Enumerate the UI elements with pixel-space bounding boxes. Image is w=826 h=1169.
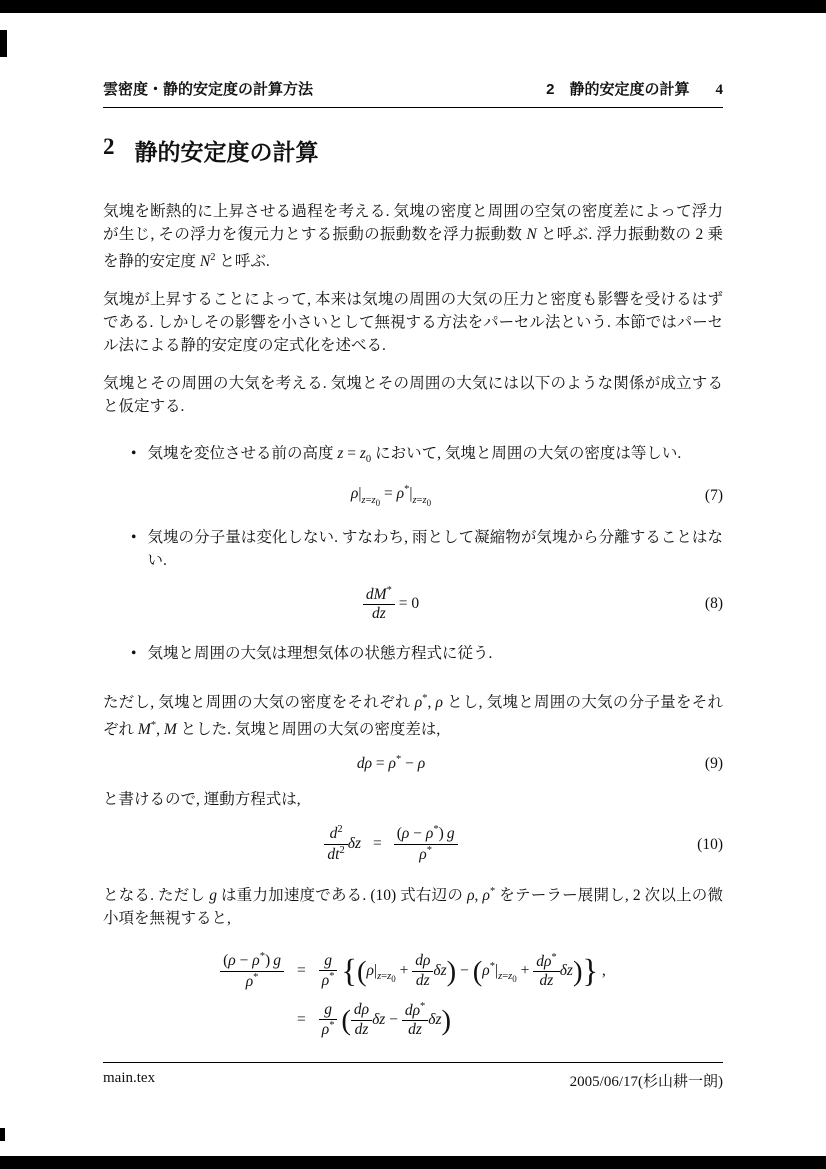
equation-9-number: (9) [679, 755, 723, 773]
equation-align-block: (ρ − ρ*) gρ* = gρ* {(ρ|z=z0 + dρdzδz) − … [103, 942, 723, 1049]
paragraph-eom-lead: と書けるので, 運動方程式は, [103, 788, 723, 811]
list-item-text: 気塊を変位させる前の高度 z = z0 において, 気塊と周囲の大気の密度は等し… [147, 442, 723, 471]
bullet-icon: • [131, 442, 136, 471]
align-rhs: gρ* (dρdzδz − dρ*dzδz) [319, 1001, 606, 1040]
assumption-list: • 気塊の分子量は変化しない. すなわち, 雨として凝縮物が気塊から分離すること… [131, 526, 723, 572]
align-lhs: (ρ − ρ*) gρ* [220, 951, 284, 992]
list-item: • 気塊を変位させる前の高度 z = z0 において, 気塊と周囲の大気の密度は… [131, 442, 723, 471]
equation-7-body: ρ|z=z0 = ρ*|z=z0 [103, 484, 679, 507]
equals-sign: = [284, 951, 319, 992]
running-header: 雲密度・静的安定度の計算方法 2 静的安定度の計算 4 [103, 78, 723, 99]
scan-edge-top [0, 0, 826, 13]
bullet-icon: • [131, 642, 136, 665]
section-number: 2 [103, 134, 115, 167]
align-lhs [220, 1001, 284, 1040]
paragraph-intro: 気塊を断熱的に上昇させる過程を考える. 気塊の密度と周囲の空気の密度差によって浮… [103, 200, 723, 273]
equation-10: d2dt2δz=(ρ − ρ*) gρ* (10) [103, 824, 723, 865]
header-right: 2 静的安定度の計算 4 [546, 78, 723, 99]
page-footer: main.tex 2005/06/17(杉山耕一朗) [103, 1062, 723, 1091]
paragraph-taylor: となる. ただし g は重力加速度である. (10) 式右辺の ρ, ρ* をテ… [103, 880, 723, 930]
assumption-list: • 気塊と周囲の大気は理想気体の状態方程式に従う. [131, 642, 723, 665]
header-rule [103, 107, 723, 108]
assumption-list: • 気塊を変位させる前の高度 z = z0 において, 気塊と周囲の大気の密度は… [131, 442, 723, 471]
equation-9: dρ = ρ* − ρ (9) [103, 754, 723, 773]
list-item: • 気塊の分子量は変化しない. すなわち, 雨として凝縮物が気塊から分離すること… [131, 526, 723, 572]
equals-sign: = [284, 1001, 319, 1040]
scan-edge-left [0, 30, 7, 57]
footer-rule [103, 1062, 723, 1063]
footer-date-author: 2005/06/17(杉山耕一朗) [570, 1070, 723, 1091]
document-page: 雲密度・静的安定度の計算方法 2 静的安定度の計算 4 2 静的安定度の計算 気… [0, 0, 826, 1169]
paragraph-notation: ただし, 気塊と周囲の大気の密度をそれぞれ ρ*, ρ とし, 気塊と周囲の大気… [103, 687, 723, 741]
paragraph-parcel-method: 気塊が上昇することによって, 本来は気塊の周囲の大気の圧力と密度も影響を受けるは… [103, 288, 723, 357]
align-row-2: = gρ* (dρdzδz − dρ*dzδz) [220, 1001, 606, 1040]
section-title: 静的安定度の計算 [135, 134, 319, 167]
list-item: • 気塊と周囲の大気は理想気体の状態方程式に従う. [131, 642, 723, 665]
bullet-icon: • [131, 526, 136, 572]
scan-edge-left-lower [0, 1128, 5, 1141]
list-item-text: 気塊と周囲の大気は理想気体の状態方程式に従う. [147, 642, 723, 665]
align-rhs: gρ* {(ρ|z=z0 + dρdzδz) − (ρ*|z=z0 + dρ*d… [319, 951, 606, 992]
equation-8-number: (8) [679, 595, 723, 613]
align-row-1: (ρ − ρ*) gρ* = gρ* {(ρ|z=z0 + dρdzδz) − … [220, 951, 606, 992]
equation-9-body: dρ = ρ* − ρ [103, 754, 679, 773]
header-doc-title: 雲密度・静的安定度の計算方法 [103, 78, 313, 99]
equation-10-body: d2dt2δz=(ρ − ρ*) gρ* [103, 824, 679, 865]
equation-7-number: (7) [679, 487, 723, 505]
list-item-text: 気塊の分子量は変化しない. すなわち, 雨として凝縮物が気塊から分離することはな… [147, 526, 723, 572]
section-heading: 2 静的安定度の計算 [103, 134, 723, 167]
equation-8: dM*dz = 0 (8) [103, 585, 723, 624]
equation-10-number: (10) [679, 836, 723, 854]
equation-7: ρ|z=z0 = ρ*|z=z0 (7) [103, 484, 723, 507]
scan-edge-bottom [0, 1156, 826, 1169]
page-content: 雲密度・静的安定度の計算方法 2 静的安定度の計算 4 2 静的安定度の計算 気… [103, 78, 723, 1049]
header-page-number: 4 [716, 82, 724, 99]
equation-8-body: dM*dz = 0 [103, 585, 679, 624]
header-section-title: 2 静的安定度の計算 [546, 78, 689, 99]
footer-filename: main.tex [103, 1070, 155, 1091]
paragraph-assumptions-lead: 気塊とその周囲の大気を考える. 気塊とその周囲の大気には以下のような関係が成立す… [103, 372, 723, 418]
